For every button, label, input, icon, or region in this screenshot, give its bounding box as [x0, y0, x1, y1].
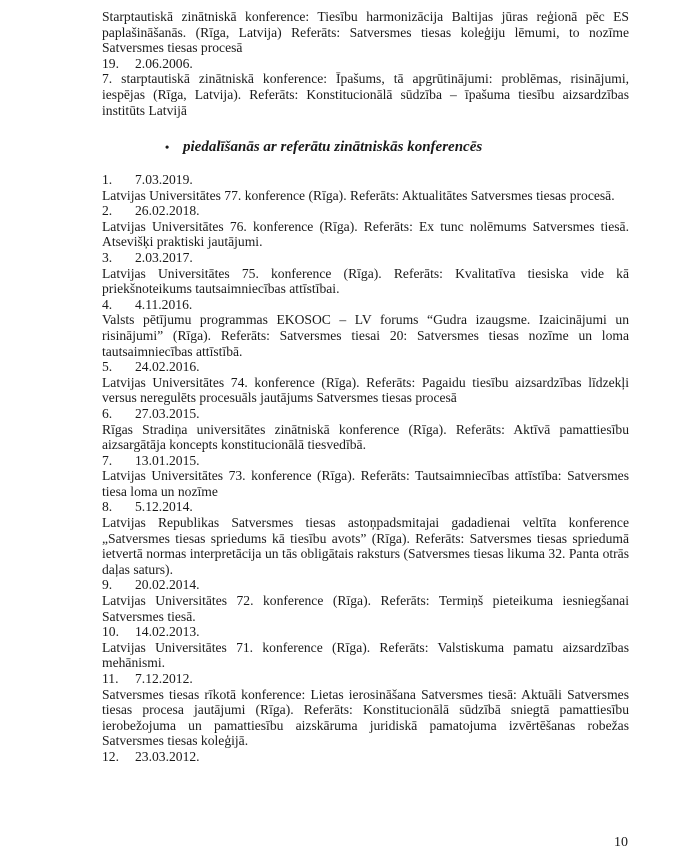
entry-date: 2.06.2006. — [135, 56, 193, 71]
section-heading: •piedalīšanās ar referātu zinātniskās ko… — [165, 139, 482, 156]
conference-paragraph: Starptautiskā zinātniskā konference: Tie… — [102, 9, 629, 56]
page-number: 10 — [614, 835, 628, 851]
entry-number: 1. — [102, 172, 135, 188]
entry-description: Rīgas Stradiņa universitātes zinātniskā … — [102, 422, 629, 453]
entry-header: 12.23.03.2012. — [102, 749, 629, 765]
entry-header: 6.27.03.2015. — [102, 406, 629, 422]
entry-header: 1.7.03.2019. — [102, 172, 629, 188]
entry-date: 27.03.2015. — [135, 406, 200, 421]
entry-number: 2. — [102, 203, 135, 219]
entry-description: Latvijas Republikas Satversmes tiesas as… — [102, 515, 629, 577]
entry-date: 7.12.2012. — [135, 671, 193, 686]
entry-date: 7.03.2019. — [135, 172, 193, 187]
entry-date: 13.01.2015. — [135, 453, 200, 468]
entry-description: Latvijas Universitātes 75. konference (R… — [102, 266, 629, 297]
entry-date: 4.11.2016. — [135, 297, 192, 312]
entry-number: 7. — [102, 453, 135, 469]
entry-number: 5. — [102, 359, 135, 375]
entry-date: 20.02.2014. — [135, 577, 200, 592]
conference-paragraph: 7. starptautiskā zinātniskā konference: … — [102, 71, 629, 118]
entry-number: 4. — [102, 297, 135, 313]
entry-description: Latvijas Universitātes 76. konference (R… — [102, 219, 629, 250]
entry-header: 10.14.02.2013. — [102, 624, 629, 640]
entry-number: 19. — [102, 56, 135, 72]
entry-number: 3. — [102, 250, 135, 266]
entry-description: Valsts pētījumu programmas EKOSOC – LV f… — [102, 312, 629, 359]
entry-number: 11. — [102, 671, 135, 687]
top-section: Starptautiskā zinātniskā konference: Tie… — [102, 9, 629, 118]
entry-header: 8.5.12.2014. — [102, 499, 629, 515]
entry-number: 8. — [102, 499, 135, 515]
entry-date: 26.02.2018. — [135, 203, 200, 218]
entry-description: Latvijas Universitātes 72. konference (R… — [102, 593, 629, 624]
entry-header: 2.26.02.2018. — [102, 203, 629, 219]
entry-date: 24.02.2016. — [135, 359, 200, 374]
entry-number: 6. — [102, 406, 135, 422]
entry-header: 11.7.12.2012. — [102, 671, 629, 687]
entry-header: 3.2.03.2017. — [102, 250, 629, 266]
entry-description: Satversmes tiesas rīkotā konference: Lie… — [102, 687, 629, 749]
document-page: Starptautiskā zinātniskā konference: Tie… — [0, 0, 693, 861]
section-heading-text: piedalīšanās ar referātu zinātniskās kon… — [183, 139, 482, 155]
entry-description: Latvijas Universitātes 74. konference (R… — [102, 375, 629, 406]
entry-date: 23.03.2012. — [135, 749, 200, 764]
bullet-icon: • — [165, 140, 183, 155]
entry-header: 7.13.01.2015. — [102, 453, 629, 469]
entry-description: Latvijas Universitātes 77. konference (R… — [102, 188, 629, 204]
conference-list: 1.7.03.2019.Latvijas Universitātes 77. k… — [102, 172, 629, 765]
entry-header: 4.4.11.2016. — [102, 297, 629, 313]
entry-date: 5.12.2014. — [135, 499, 193, 514]
entry-date: 14.02.2013. — [135, 624, 200, 639]
entry-number: 12. — [102, 749, 135, 765]
entry-header: 9.20.02.2014. — [102, 577, 629, 593]
entry-header: 5.24.02.2016. — [102, 359, 629, 375]
entry-date: 2.03.2017. — [135, 250, 193, 265]
entry-number: 9. — [102, 577, 135, 593]
entry-description: Latvijas Universitātes 71. konference (R… — [102, 640, 629, 671]
entry-description: Latvijas Universitātes 73. konference (R… — [102, 468, 629, 499]
entry-number: 10. — [102, 624, 135, 640]
entry-header: 19.2.06.2006. — [102, 56, 629, 72]
